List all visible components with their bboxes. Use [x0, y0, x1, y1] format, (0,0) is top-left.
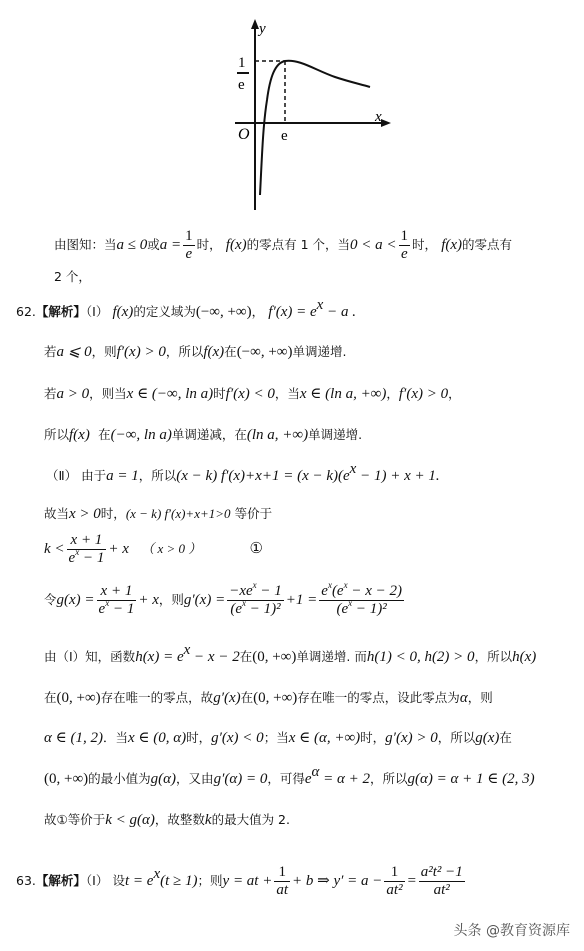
origin-label: O [238, 126, 250, 143]
p62-g-definition: 令g(x) =x + 1ex − 1+ x，则g′(x) =−xex − 1(e… [44, 583, 406, 618]
p62-line6: 故当x > 0时，(x − k) f′(x)+x+1>0 等价于 [44, 505, 272, 524]
p62-line4: 所以f(x) 在(−∞, ln a)单调递减，在(ln a, +∞)单调递增. [44, 426, 362, 445]
p61-conclusion-line1: 由图知：当a ≤ 0或a =1e时， f(x)的零点有 1 个，当0 < a <… [54, 228, 512, 263]
p62-line3: 若a > 0，则当x ∈ (−∞, ln a)时f′(x) < 0，当x ∈ (… [44, 385, 461, 404]
y-label: y [257, 21, 266, 37]
x-axis-arrow-icon [381, 119, 391, 127]
p62-line9: 由（Ⅰ）知，函数h(x) = ex − x − 2在(0, +∞)单调递增. 而… [44, 648, 536, 667]
p62-inequality-1: k <x + 1ex − 1+ x （ x > 0 ） ① [44, 532, 263, 567]
x-label: x [374, 109, 382, 125]
p62-line10: 在(0, +∞)存在唯一的零点，故g′(x)在(0, +∞)存在唯一的零点，设此… [44, 689, 493, 708]
problem-number: 62. [16, 304, 36, 319]
y-tick-num: 1 [238, 55, 246, 71]
fraction: 1at [274, 864, 290, 899]
p62-header-line: 62.【解析】（Ⅰ） f(x)的定义域为(−∞, +∞)， f′(x) = ex… [16, 303, 356, 322]
p63-header-line: 63.【解析】（Ⅰ） 设t = ex(t ≥ 1)；则y = at +1at+ … [16, 864, 467, 899]
fraction: ex(ex − x − 2)(ex − 1)² [319, 583, 404, 618]
p62-line11: α ∈ (1, 2)．当x ∈ (0, α)时，g′(x) < 0；当x ∈ (… [44, 729, 512, 748]
fraction: 1e [399, 228, 411, 263]
fraction: 1at² [384, 864, 404, 899]
analysis-tag: 【解析】 [36, 873, 86, 888]
y-axis-arrow-icon [251, 19, 259, 29]
p62-part2-line: （Ⅱ） 由于a = 1，所以(x − k) f′(x)+x+1 = (x − k… [46, 467, 440, 486]
fraction: a²t² −1at² [419, 864, 465, 899]
p62-line13: 故①等价于k < g(α)，故整数k的最大值为 2. [44, 811, 290, 830]
curve [260, 61, 370, 195]
fraction: x + 1ex − 1 [67, 532, 107, 567]
y-tick-den: e [238, 77, 245, 93]
fraction: 1e [183, 228, 195, 263]
watermark: 头条 @教育资源库 [454, 920, 570, 940]
x-tick: e [281, 128, 288, 144]
fraction: x + 1ex − 1 [97, 583, 137, 618]
p62-line2: 若a ⩽ 0，则f′(x) > 0，所以f(x)在(−∞, +∞)单调递增. [44, 343, 346, 362]
p61-conclusion-line2: 2 个， [54, 268, 91, 286]
function-graph: y x O 1 e e [225, 15, 395, 215]
problem-number: 63. [16, 873, 36, 888]
circled-one-marker: ① [249, 541, 262, 557]
p62-line12: (0, +∞)的最小值为g(α)，又由g′(α) = 0，可得eα = α + … [44, 770, 535, 789]
fraction: −xex − 1(ex − 1)² [227, 583, 284, 618]
analysis-tag: 【解析】 [36, 304, 86, 319]
